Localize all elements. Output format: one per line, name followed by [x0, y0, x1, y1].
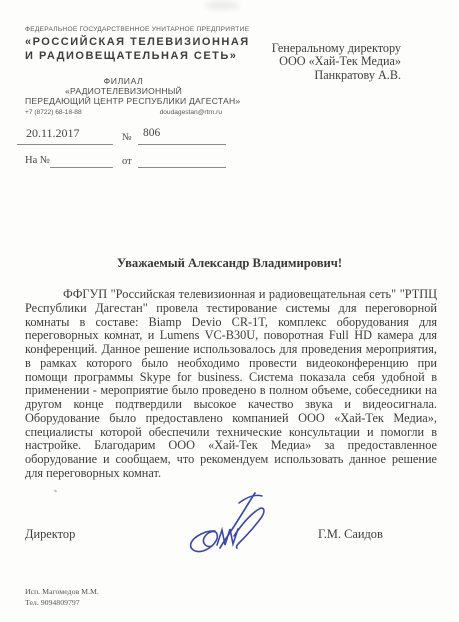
salutation: Уважаемый Александр Владимирович! [0, 256, 459, 271]
letter-number: 806 [143, 127, 160, 139]
signer-position: Директор [25, 527, 75, 542]
org-type-line: ФЕДЕРАЛЬНОЕ ГОСУДАРСТВЕННОЕ УНИТАРНОЕ ПР… [25, 26, 222, 33]
letterhead-phone: +7 (8722) 68-18-88 [25, 109, 82, 116]
number-sign-label: № [122, 132, 132, 143]
recipient-name: Панкратову А.В. [272, 69, 401, 82]
branch-name-line-1: «РАДИОТЕЛЕВИЗИОННЫЙ [25, 86, 222, 96]
letter-body: ФФГУП "Российская телевизионная и радиов… [25, 288, 437, 481]
recipient-company: ООО «Хай-Тек Медиа» [272, 55, 401, 68]
contact-row: +7 (8722) 68-18-88 doudagestan@rtrn.ru [25, 109, 222, 116]
recipient-title: Генеральному директору [272, 42, 401, 55]
recipient-block: Генеральному директору ООО «Хай-Тек Меди… [272, 42, 401, 82]
letter-date: 20.11.2017 [26, 126, 80, 141]
branch-name-line-2: ПЕРЕДАЮЩИЙ ЦЕНТР РЕСПУБЛИКИ ДАГЕСТАН» [25, 96, 222, 106]
signer-name: Г.М. Саидов [318, 527, 383, 542]
footer: Исп. Магомедов М.М. Тел. 9094809797 [25, 587, 99, 608]
org-name-line-1: «РОССИЙСКАЯ ТЕЛЕВИЗИОННАЯ [25, 36, 222, 50]
scan-artifact-smudge [205, 1, 239, 10]
letterhead: ФЕДЕРАЛЬНОЕ ГОСУДАРСТВЕННОЕ УНИТАРНОЕ ПР… [25, 26, 222, 106]
scan-artifact-speck [54, 489, 58, 492]
executor-line: Исп. Магомедов М.М. [25, 587, 99, 598]
executor-phone-line: Тел. 9094809797 [25, 598, 99, 609]
signature-ink [181, 490, 281, 560]
letterhead-email: doudagestan@rtrn.ru [160, 109, 222, 116]
letter-page: ФЕДЕРАЛЬНОЕ ГОСУДАРСТВЕННОЕ УНИТАРНОЕ ПР… [0, 0, 459, 622]
date-blank-line [17, 144, 113, 145]
reply-from-label: от [122, 156, 132, 167]
org-name-line-2: И РАДИОВЕЩАТЕЛЬНАЯ СЕТЬ» [25, 50, 222, 64]
reply-date-blank-line [138, 167, 226, 168]
branch-label: ФИЛИАЛ [25, 76, 222, 86]
reply-number-blank-line [50, 167, 113, 168]
number-blank-line [138, 144, 226, 145]
reply-to-label: На № [25, 155, 50, 166]
